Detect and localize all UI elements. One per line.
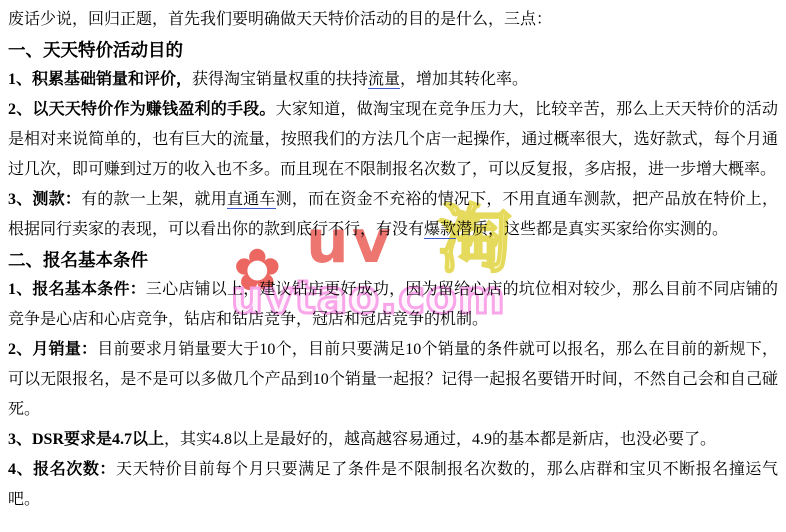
section1-item1-text-tail: ，增加其转化率。: [400, 71, 528, 88]
section1-item3-text-tail: 潜质，这些都是真实买家给你实测的。: [456, 221, 728, 238]
section1-item1-lead: 1、积累基础销量和评价，: [8, 71, 192, 88]
keyword-link-baokuan[interactable]: 爆款: [424, 221, 456, 239]
section1-item1-text: 获得淘宝销量权重的扶持: [192, 71, 368, 88]
section2-item2-paragraph: 2、月销量：目前要求月销量要大于10个，目前只要满足10个销量的条件就可以报名，…: [8, 335, 778, 425]
keyword-link-zhitongche[interactable]: 直通车: [227, 191, 276, 209]
section2-item4-paragraph: 4、报名次数：天天特价目前每个月只要满足了条件是不限制报名次数的，那么店群和宝贝…: [8, 455, 778, 515]
section1-item2-lead: 2、以天天特价作为赚钱盈利的手段。: [8, 101, 276, 118]
article-page: ✿ uv 淘 uvtao.com 废话少说，回归正题，首先我们要明确做天天特价活…: [0, 0, 786, 532]
section2-item1-paragraph: 1、报名基本条件：三心店铺以上，建议钻店更好成功，因为留给心店的坑位相对较少，那…: [8, 275, 778, 335]
section1-item3-text: 有的款一上架，就用: [81, 191, 227, 208]
article-content: 废话少说，回归正题，首先我们要明确做天天特价活动的目的是什么，三点： 一、天天特…: [0, 0, 786, 515]
section1-item3-lead: 3、测款：: [8, 191, 81, 208]
section2-item2-text: 目前要求月销量要大于10个，目前只要满足10个销量的条件就可以报名，那么在目前的…: [8, 341, 778, 418]
section1-item1-paragraph: 1、积累基础销量和评价，获得淘宝销量权重的扶持流量，增加其转化率。: [8, 65, 778, 95]
section2-item3-lead: 3、DSR要求是4.7以上: [8, 431, 164, 448]
section1-heading: 一、天天特价活动目的: [8, 35, 778, 65]
section1-item3-paragraph: 3、测款：有的款一上架，就用直通车测，而在资金不充裕的情况下，不用直通车测款，把…: [8, 185, 778, 245]
keyword-link-traffic[interactable]: 流量: [368, 71, 400, 89]
section2-item4-lead: 4、报名次数：: [8, 461, 116, 478]
section1-item2-paragraph: 2、以天天特价作为赚钱盈利的手段。大家知道，做淘宝现在竞争压力大，比较辛苦，那么…: [8, 95, 778, 185]
section2-item2-lead: 2、月销量：: [8, 341, 97, 358]
intro-paragraph: 废话少说，回归正题，首先我们要明确做天天特价活动的目的是什么，三点：: [8, 5, 778, 35]
section2-heading: 二、报名基本条件: [8, 245, 778, 275]
section2-item3-text: ，其实4.8以上是最好的，越高越容易通过，4.9的基本都是新店，也没必要了。: [164, 431, 716, 448]
section2-item3-paragraph: 3、DSR要求是4.7以上，其实4.8以上是最好的，越高越容易通过，4.9的基本…: [8, 425, 778, 455]
section2-item4-text: 天天特价目前每个月只要满足了条件是不限制报名次数的，那么店群和宝贝不断报名撞运气…: [8, 461, 778, 508]
section2-item1-lead: 1、报名基本条件：: [8, 281, 146, 298]
